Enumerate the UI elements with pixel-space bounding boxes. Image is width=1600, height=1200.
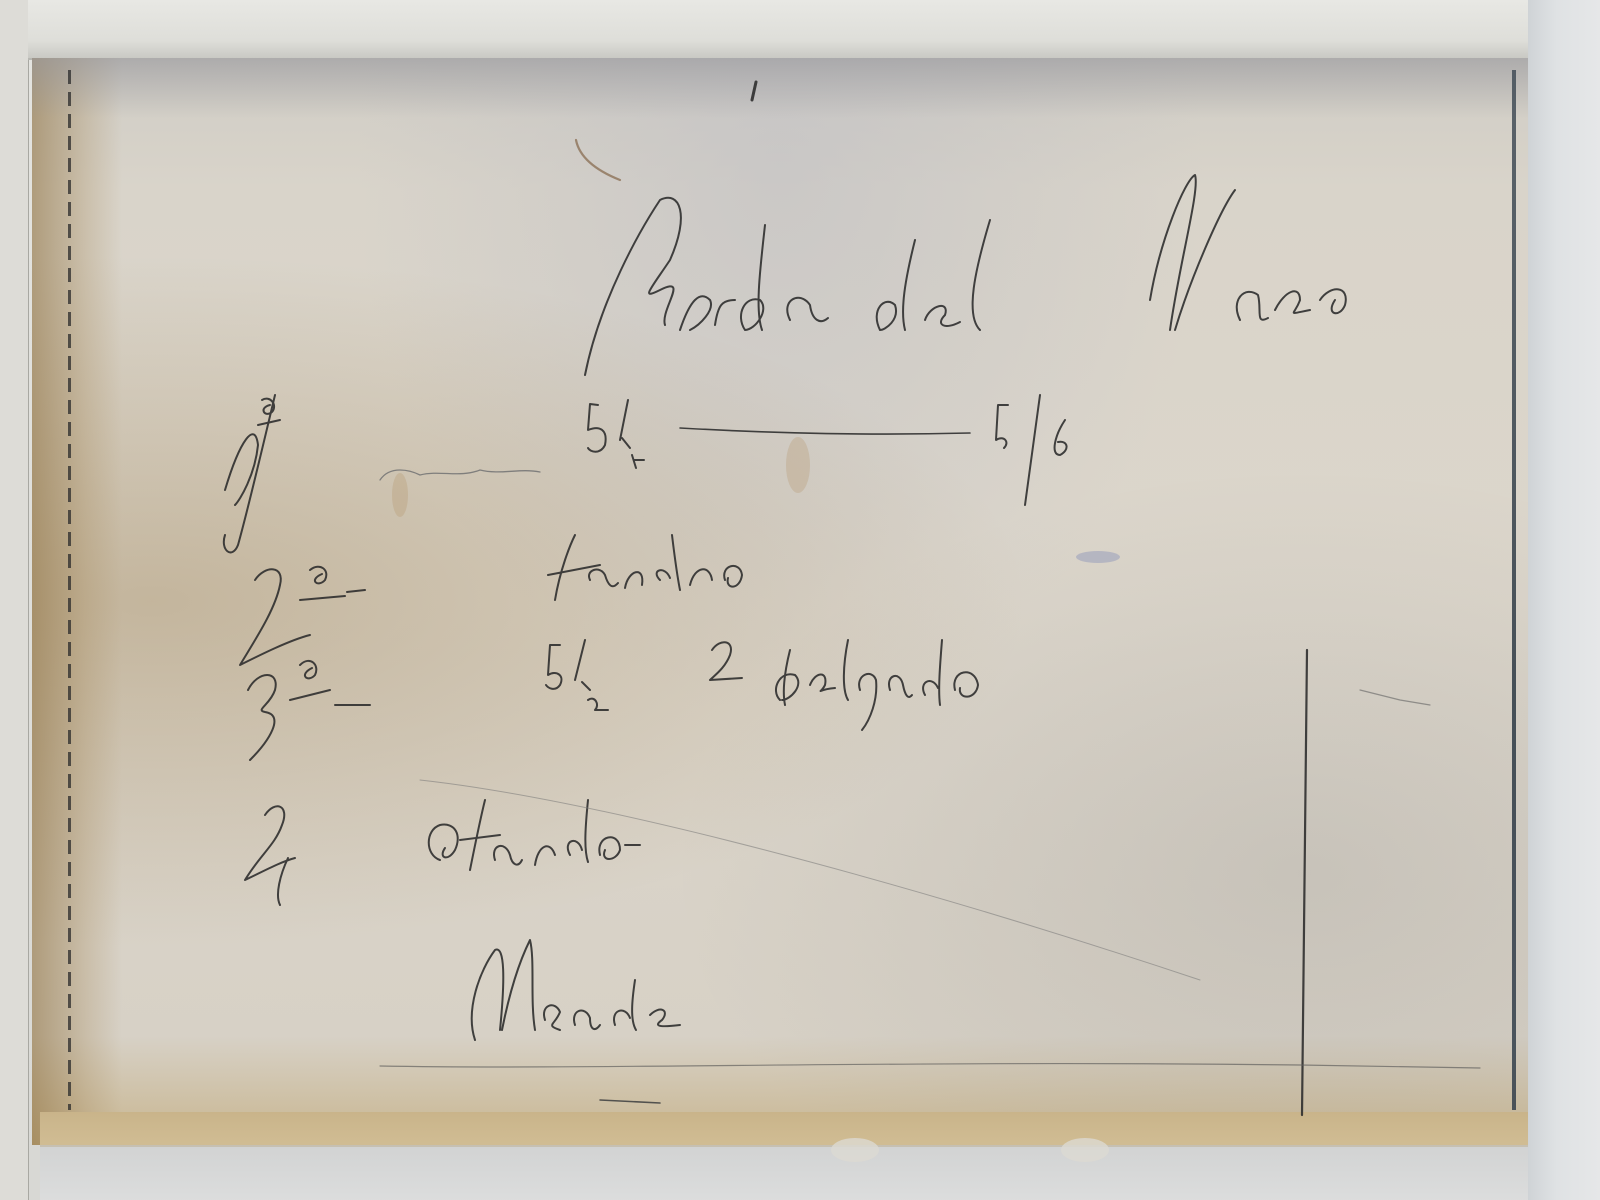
frame-bottom-edge — [40, 1145, 1530, 1200]
top-shadow — [32, 58, 1528, 118]
right-dark-seam — [1512, 70, 1516, 1110]
left-shadow — [32, 58, 122, 1145]
frame-top-edge — [28, 0, 1558, 60]
frame-right-edge — [1528, 0, 1600, 1200]
left-dark-seam — [68, 70, 71, 1110]
frame-left-edge — [0, 0, 29, 1200]
bottom-ledge — [40, 1112, 1530, 1147]
